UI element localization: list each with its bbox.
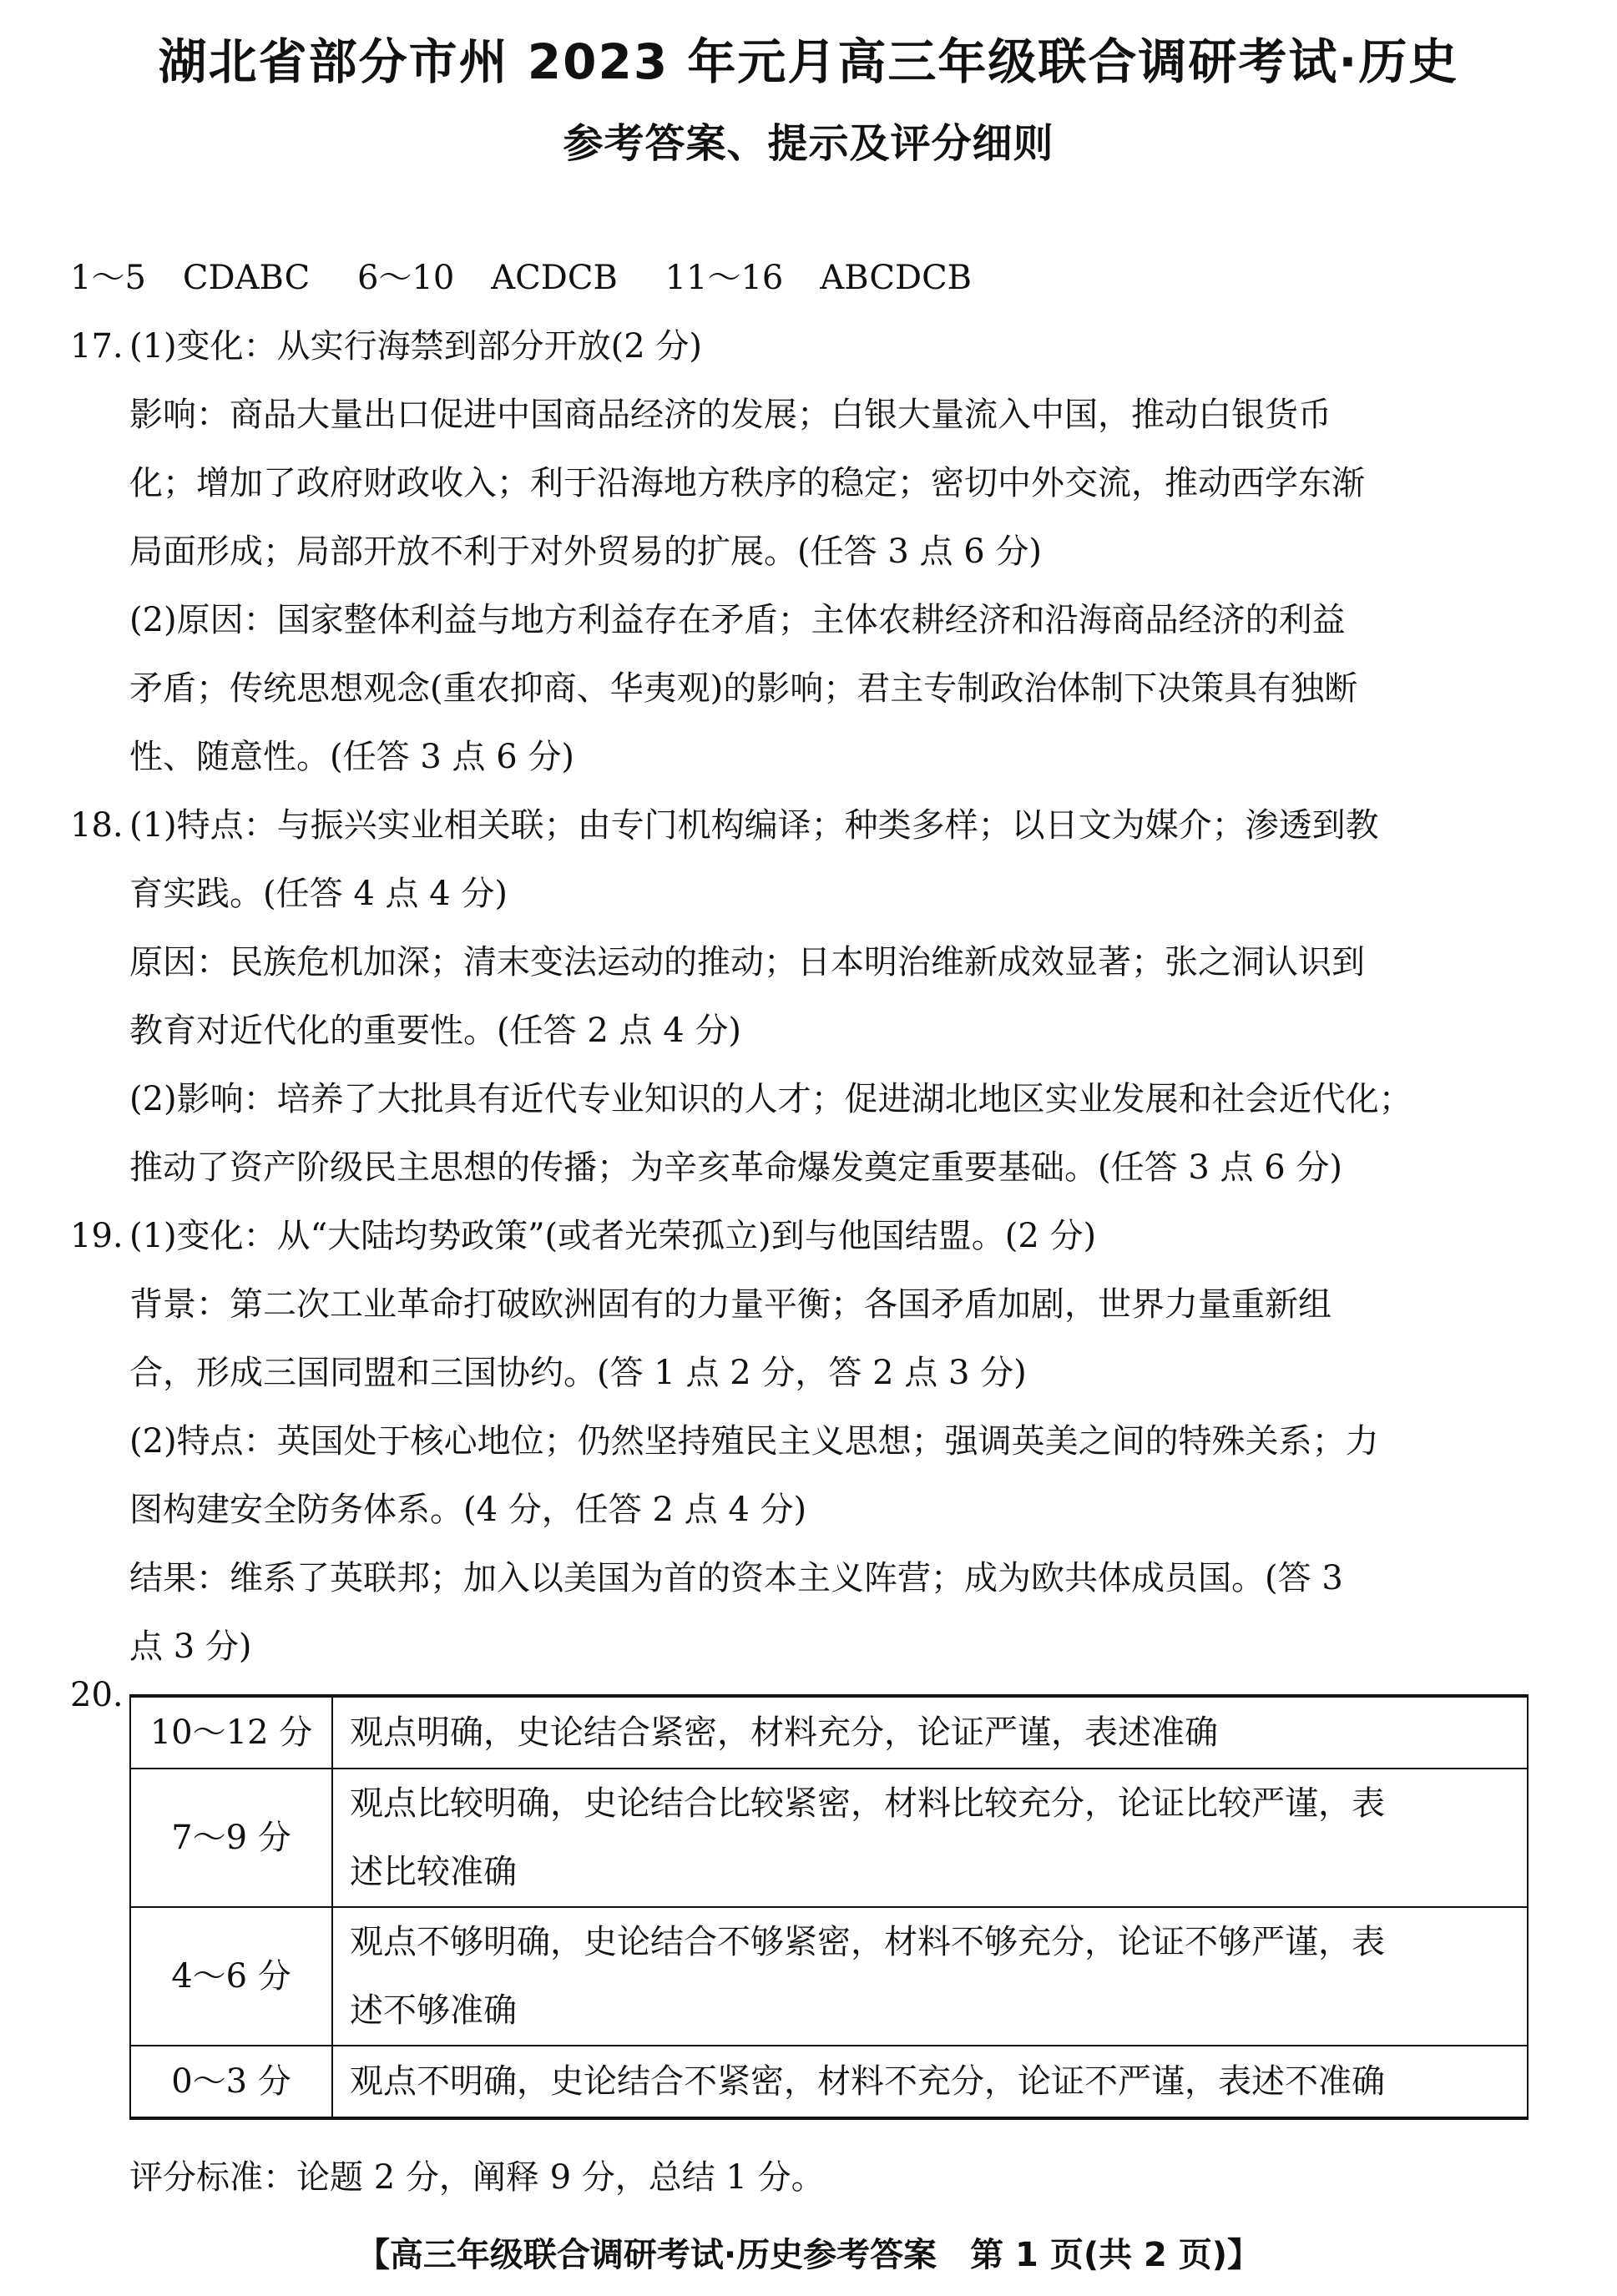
description-line: 观点不明确，史论结合不紧密，材料不充分，论证不严谨，表述不准确 [350,2047,1510,2116]
question-number: 18. [70,791,129,1202]
answer-line: 结果：维系了英联邦；加入以美国为首的资本主义阵营；成为欧共体成员国。(答 3 [129,1544,1552,1612]
score-description: 观点明确，史论结合紧密，材料充分，论证严谨，表述准确 [332,1696,1528,1769]
mc-range: 11～16 [665,259,784,297]
answer-line: 背景：第二次工业革命打破欧洲固有的力量平衡；各国矛盾加剧，世界力量重新组 [129,1270,1552,1339]
answer-line: 矛盾；传统思想观念(重农抑商、华夷观)的影响；君主专制政治体制下决策具有独断 [129,654,1552,723]
score-range: 7～9 分 [130,1769,332,1907]
answer-line: 化；增加了政府财政收入；利于沿海地方秩序的稳定；密切中外交流，推动西学东渐 [129,449,1552,517]
description-line: 述比较准确 [350,1838,1510,1906]
question-19: 19. (1)变化：从“大陆均势政策”(或者光荣孤立)到与他国结盟。(2 分) … [70,1202,1552,1681]
answer-line: 合，形成三国同盟和三国协约。(答 1 点 2 分，答 2 点 3 分) [129,1339,1552,1407]
question-number: 17. [70,312,129,791]
score-range: 10～12 分 [130,1696,332,1769]
answer-line: 育实践。(任答 4 点 4 分) [129,860,1552,928]
table-row: 10～12 分 观点明确，史论结合紧密，材料充分，论证严谨，表述准确 [130,1696,1528,1769]
mc-range: 6～10 [357,259,454,297]
answer-line: 原因：民族危机加深；清末变法运动的推动；日本明治维新成效显著；张之洞认识到 [129,928,1552,997]
answer-line: 点 3 分) [129,1612,1552,1681]
answer-line: (1)变化：从“大陆均势政策”(或者光荣孤立)到与他国结盟。(2 分) [129,1202,1552,1270]
answer-line: 推动了资产阶级民主思想的传播；为辛亥革命爆发奠定重要基础。(任答 3 点 6 分… [129,1133,1552,1202]
answer-content: 1～5CDABC 6～10ACDCB 11～16ABCDCB 17. (1)变化… [70,244,1552,1681]
document-title: 湖北省部分市州 2023 年元月高三年级联合调研考试·历史 [0,32,1617,92]
description-line: 述不够准确 [350,1976,1510,2045]
table-row: 7～9 分 观点比较明确，史论结合比较紧密，材料比较充分，论证比较严谨，表述比较… [130,1769,1528,1907]
question-number: 20. [70,1676,124,1714]
mc-answers: ACDCB [491,259,618,297]
answer-line: (2)原因：国家整体利益与地方利益存在矛盾；主体农耕经济和沿海商品经济的利益 [129,586,1552,654]
mc-range: 1～5 [70,259,146,297]
mc-answers: CDABC [183,259,310,297]
answer-line: 影响：商品大量出口促进中国商品经济的发展；白银大量流入中国，推动白银货币 [129,381,1552,449]
score-range: 0～3 分 [130,2046,332,2118]
multiple-choice-answers: 1～5CDABC 6～10ACDCB 11～16ABCDCB [70,244,1552,312]
question-17: 17. (1)变化：从实行海禁到部分开放(2 分) 影响：商品大量出口促进中国商… [70,312,1552,791]
score-description: 观点不明确，史论结合不紧密，材料不充分，论证不严谨，表述不准确 [332,2046,1528,2118]
scoring-rubric-table: 10～12 分 观点明确，史论结合紧密，材料充分，论证严谨，表述准确 7～9 分… [129,1694,1529,2120]
answer-line: (2)影响：培养了大批具有近代专业知识的人才；促进湖北地区实业发展和社会近代化； [129,1065,1552,1133]
answer-line: (2)特点：英国处于核心地位；仍然坚持殖民主义思想；强调英美之间的特殊关系；力 [129,1407,1552,1476]
document-subtitle: 参考答案、提示及评分细则 [0,117,1617,170]
description-line: 观点比较明确，史论结合比较紧密，材料比较充分，论证比较严谨，表 [350,1769,1510,1838]
mc-answers: ABCDCB [820,259,972,297]
answer-line: 局面形成；局部开放不利于对外贸易的扩展。(任答 3 点 6 分) [129,517,1552,586]
description-line: 观点明确，史论结合紧密，材料充分，论证严谨，表述准确 [350,1698,1510,1767]
answer-line: 性、随意性。(任答 3 点 6 分) [129,723,1552,791]
table-row: 4～6 分 观点不够明确，史论结合不够紧密，材料不够充分，论证不够严谨，表述不够… [130,1907,1528,2046]
page-footer: 【高三年级联合调研考试·历史参考答案 第 1 页(共 2 页)】 [0,2228,1617,2282]
table-row: 0～3 分 观点不明确，史论结合不紧密，材料不充分，论证不严谨，表述不准确 [130,2046,1528,2118]
question-18: 18. (1)特点：与振兴实业相关联；由专门机构编译；种类多样；以日文为媒介；渗… [70,791,1552,1202]
question-number: 19. [70,1202,129,1681]
score-description: 观点比较明确，史论结合比较紧密，材料比较充分，论证比较严谨，表述比较准确 [332,1769,1528,1907]
scoring-standard-note: 评分标准：论题 2 分，阐释 9 分，总结 1 分。 [129,2143,825,2212]
answer-line: (1)特点：与振兴实业相关联；由专门机构编译；种类多样；以日文为媒介；渗透到教 [129,791,1552,860]
answer-line: 教育对近代化的重要性。(任答 2 点 4 分) [129,997,1552,1065]
answer-line: (1)变化：从实行海禁到部分开放(2 分) [129,312,1552,381]
description-line: 观点不够明确，史论结合不够紧密，材料不够充分，论证不够严谨，表 [350,1908,1510,1976]
answer-line: 图构建安全防务体系。(4 分，任答 2 点 4 分) [129,1476,1552,1544]
score-description: 观点不够明确，史论结合不够紧密，材料不够充分，论证不够严谨，表述不够准确 [332,1907,1528,2046]
score-range: 4～6 分 [130,1907,332,2046]
